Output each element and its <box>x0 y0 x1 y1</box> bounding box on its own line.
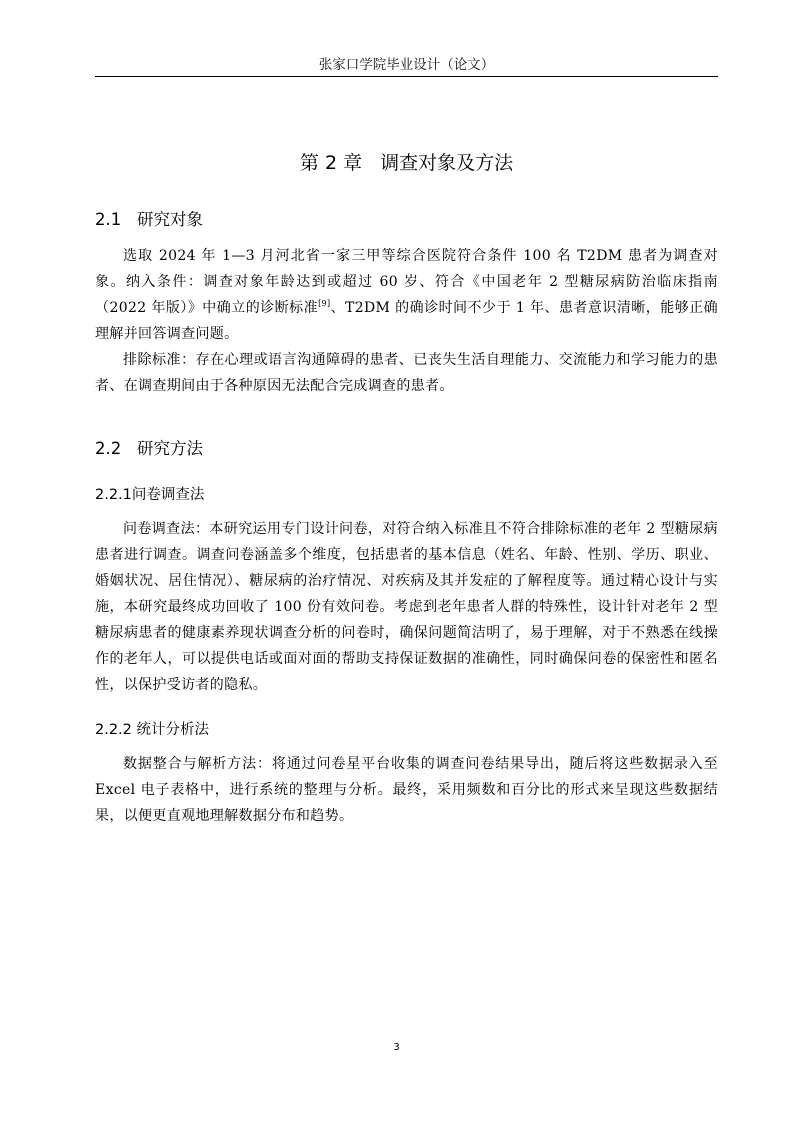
page-number: 3 <box>0 1042 793 1053</box>
subsection-heading-2-2-2: 2.2.2 统计分析法 <box>95 719 209 741</box>
section-title: 研究方法 <box>137 439 203 458</box>
section-number: 2.2 <box>95 437 137 461</box>
header-divider <box>95 76 718 77</box>
chapter-number: 第 2 章 <box>300 152 362 174</box>
subsection-number: 2.2.1 <box>95 487 132 503</box>
chapter-title: 第 2 章调查对象及方法 <box>95 149 718 177</box>
section-number: 2.1 <box>95 208 137 232</box>
paragraph-exclusion-criteria: 排除标准：存在心理或语言沟通障碍的患者、已丧失生活自理能力、交流能力和学习能力的… <box>95 347 718 399</box>
chapter-heading-text: 调查对象及方法 <box>380 152 513 174</box>
citation-reference: [9] <box>318 299 330 308</box>
subsection-title: 问卷调查法 <box>132 487 205 503</box>
paragraph-questionnaire-method: 问卷调查法：本研究运用专门设计问卷，对符合纳入标准且不符合排除标准的老年 2 型… <box>95 516 718 698</box>
paragraph-study-subjects: 选取 2024 年 1—3 月河北省一家三甲等综合医院符合条件 100 名 T2… <box>95 243 718 347</box>
section-heading-2-2: 2.2研究方法 <box>95 437 203 461</box>
section-heading-2-1: 2.1研究对象 <box>95 208 203 232</box>
subsection-number: 2.2.2 <box>95 722 132 738</box>
section-title: 研究对象 <box>137 210 203 229</box>
subsection-title: 统计分析法 <box>137 722 210 738</box>
paragraph-statistical-analysis: 数据整合与解析方法：将通过问卷星平台收集的调查问卷结果导出，随后将这些数据录入至… <box>95 751 718 829</box>
subsection-heading-2-2-1: 2.2.1问卷调查法 <box>95 484 204 506</box>
running-header: 张家口学院毕业设计（论文） <box>95 56 718 74</box>
